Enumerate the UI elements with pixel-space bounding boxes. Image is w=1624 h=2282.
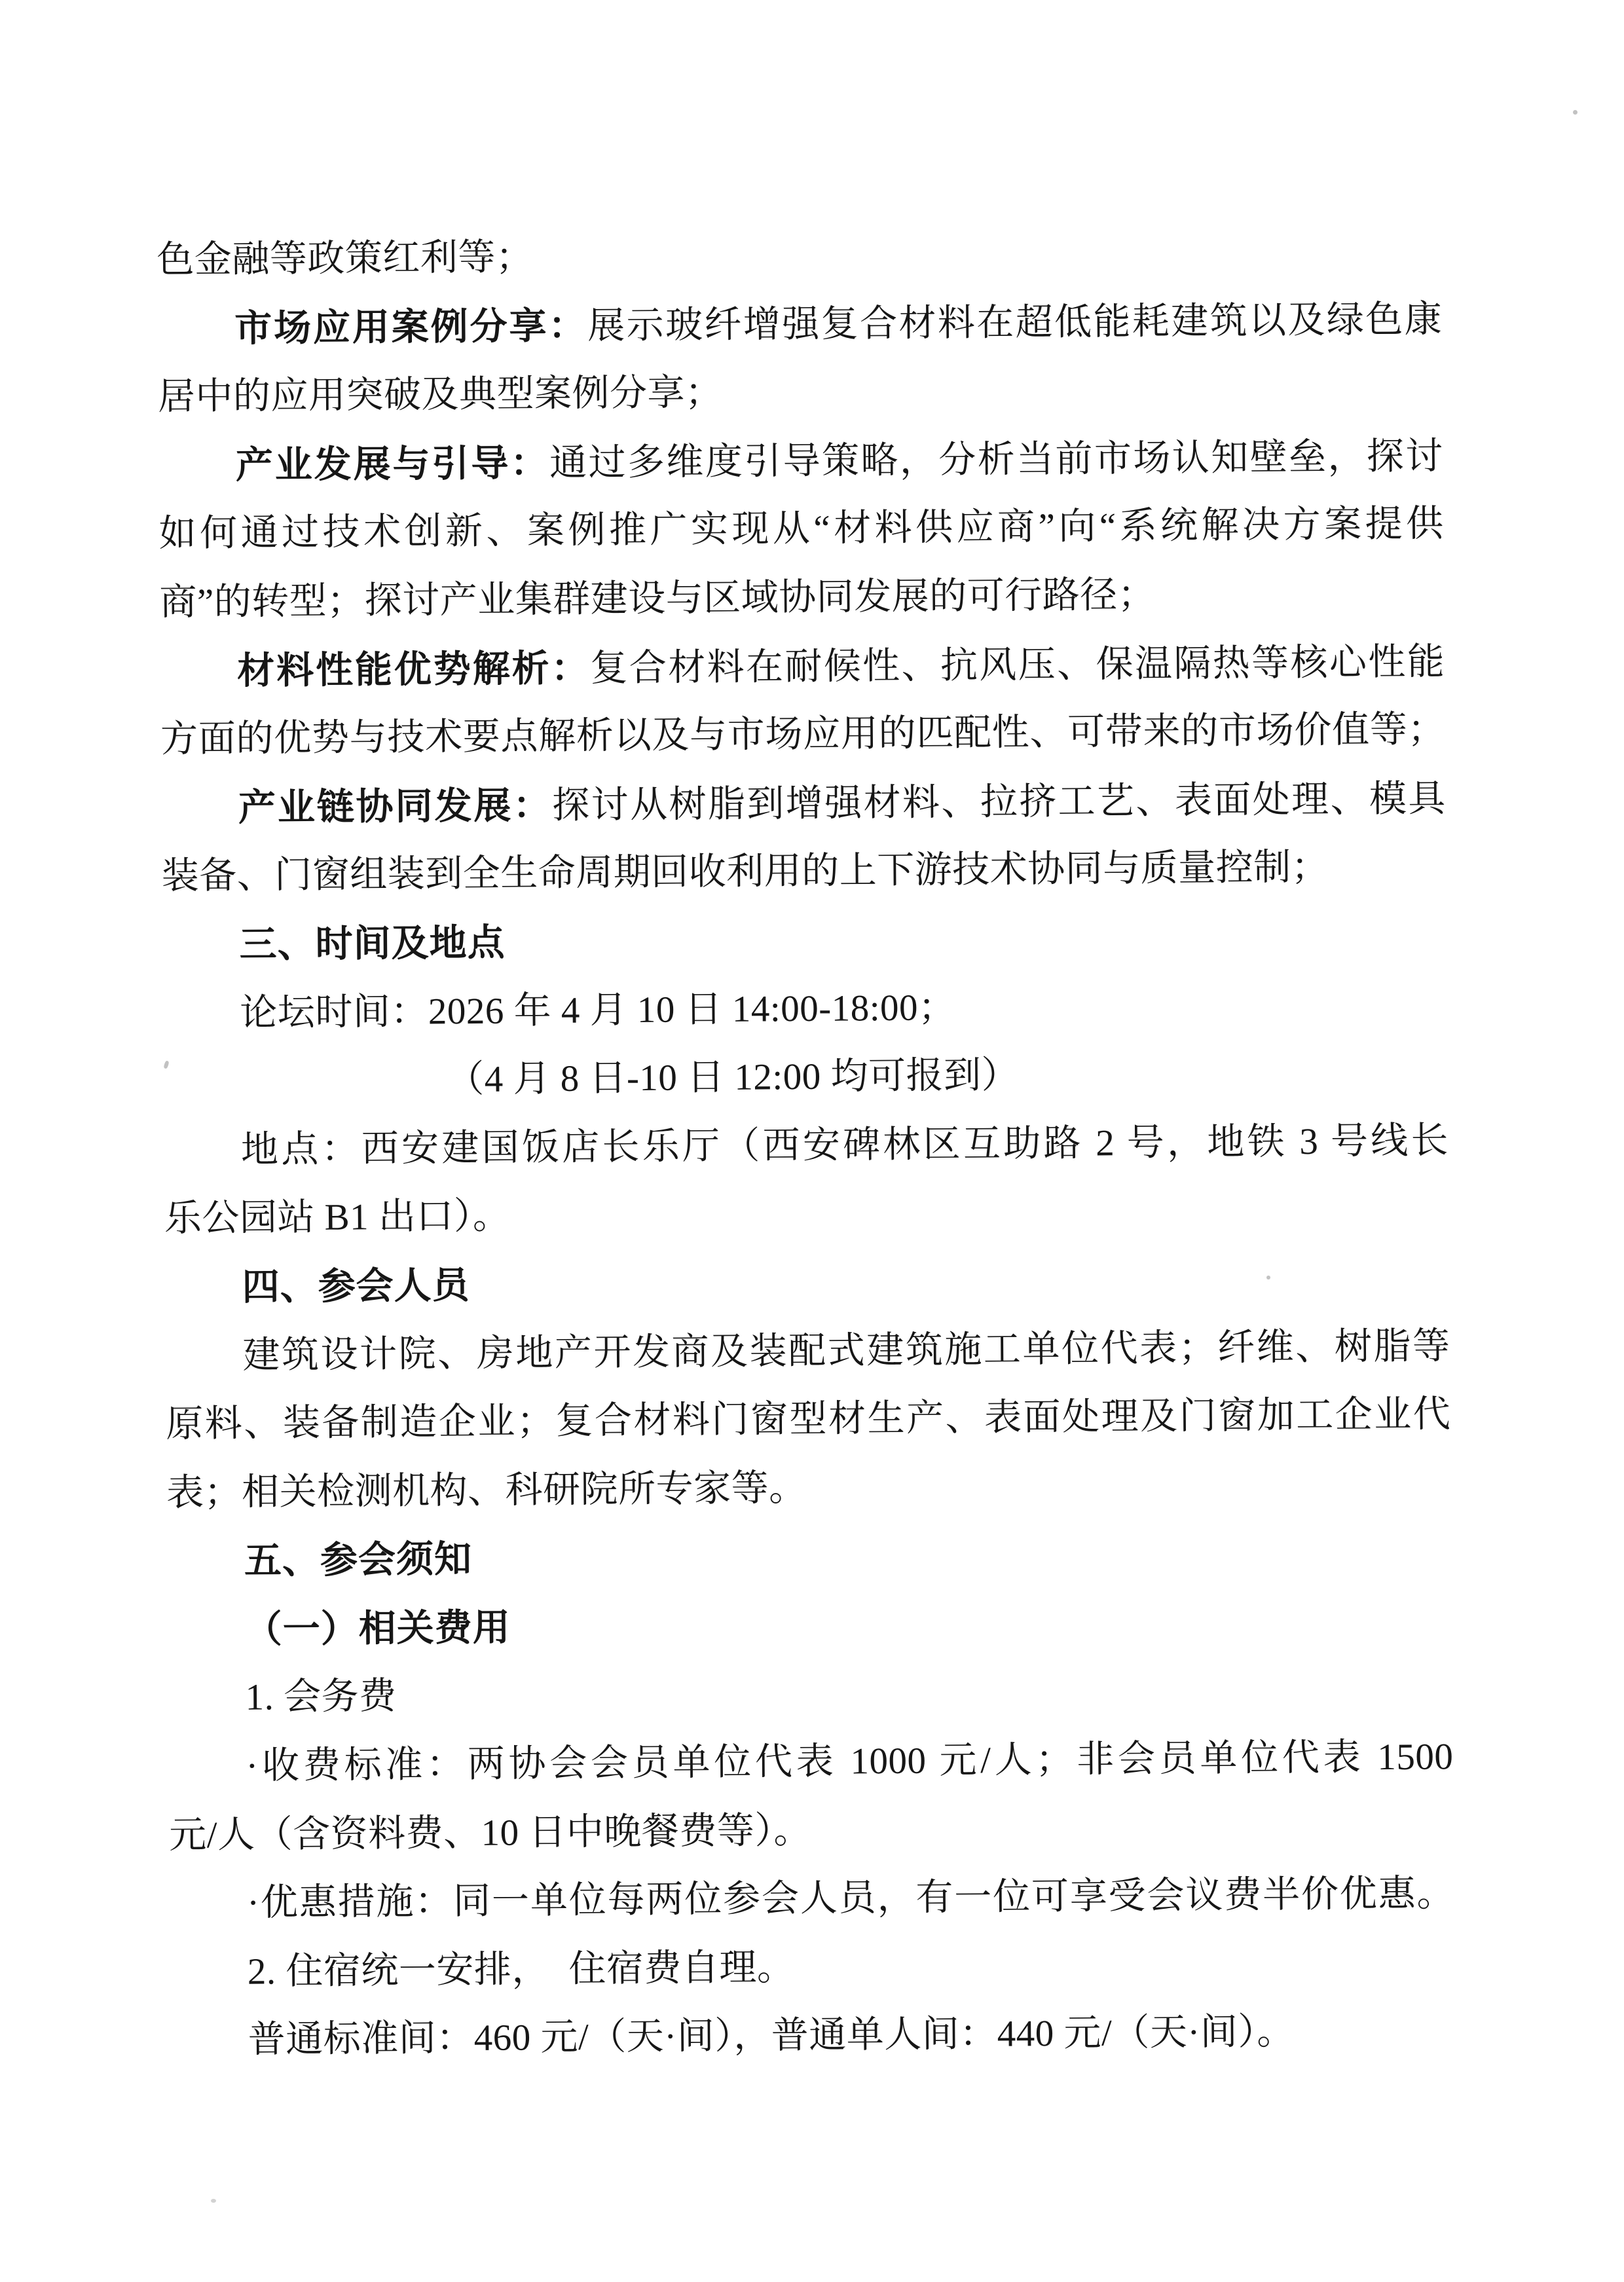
line-text: 地点：西安建国饭店长乐厅（西安碑林区互助路 2 号，地铁 3 号线长 [241,1120,1449,1170]
text-line: 四、参会人员 [164,1243,1450,1322]
scan-speck [1573,110,1578,115]
line-text: ·收费标准：两协会会员单位代表 1000 元/人；非会员单位代表 1500 [246,1736,1453,1786]
bold-heading: （一）相关费用 [245,1606,511,1650]
line-text: 1. 会务费 [245,1676,396,1718]
line-text: 普通标准间：460 元/（天·间），普通单人间：440 元/（天·间）。 [248,2012,1295,2061]
bold-heading: 市场应用案例分享： [234,304,588,349]
text-line: 三、时间及地点 [162,901,1447,980]
line-text: 乐公园站 B1 出口）。 [164,1196,511,1240]
text-line: （4 月 8 日-10 日 12:00 均可报到） [163,1038,1449,1116]
text-line: 原料、装备制造企业；复合材料门窗型材生产、表面处理及门窗加工企业代 [166,1380,1451,1459]
text-line: 商”的转型；探讨产业集群建设与区域协同发展的可行路径； [159,559,1445,637]
line-text: ·优惠措施：同一单位每两位参会人员，有一位可享受会议费半价优惠。 [247,1873,1454,1924]
line-text: 居中的应用突破及典型案例分享； [158,372,723,418]
text-line: 五、参会须知 [167,1518,1452,1596]
bold-heading: 三、时间及地点 [239,922,505,966]
bold-heading: 产业链协同发展： [238,784,553,829]
line-text: 2. 住宿统一安排， 住宿费自理。 [248,1947,795,1993]
line-text: 元/人（含资料费、10 日中晚餐费等）。 [169,1810,811,1856]
text-block: 色金融等政策红利等；市场应用案例分享：展示玻纤增强复合材料在超低能耗建筑以及绿色… [157,216,1456,2075]
text-line: 装备、门窗组装到全生命周期回收利用的上下游技术协同与质量控制； [161,833,1447,911]
text-line: 1. 会务费 [168,1655,1453,1733]
text-line: 产业链协同发展：探讨从树脂到增强材料、拉挤工艺、表面处理、模具 [161,764,1447,843]
line-text: 如何通过技术创新、案例推广实现从“材料供应商”向“系统解决方案提供 [158,504,1443,555]
line-text: 方面的优势与技术要点解析以及与市场应用的匹配性、可带来的市场价值等； [160,709,1445,760]
text-line: 乐公园站 B1 出口）。 [164,1175,1449,1254]
line-text: 装备、门窗组装到全生命周期回收利用的上下游技术协同与质量控制； [161,847,1329,897]
text-line: 建筑设计院、房地产开发商及装配式建筑施工单位代表；纤维、树脂等 [165,1312,1450,1391]
scan-speck [211,2199,216,2203]
text-line: 材料性能优势解析：复合材料在耐候性、抗风压、保温隔热等核心性能 [160,627,1445,706]
line-text: 探讨从树脂到增强材料、拉挤工艺、表面处理、模具 [552,778,1446,826]
line-text: 商”的转型；探讨产业集群建设与区域协同发展的可行路径； [159,574,1155,623]
text-line: （一）相关费用 [167,1586,1452,1665]
line-text: 通过多维度引导策略，分析当前市场认知壁垒，探讨 [549,435,1443,484]
text-line: 方面的优势与技术要点解析以及与市场应用的匹配性、可带来的市场价值等； [160,695,1446,774]
line-text: 展示玻纤增强复合材料在超低能耗建筑以及绿色康 [587,299,1442,346]
text-line: 色金融等政策红利等； [157,216,1442,295]
text-line: 普通标准间：460 元/（天·间），普通单人间：440 元/（天·间）。 [170,1997,1456,2076]
line-text: （4 月 8 日-10 日 12:00 均可报到） [447,1055,1019,1101]
text-line: 产业发展与引导：通过多维度引导策略，分析当前市场认知壁垒，探讨 [158,422,1443,500]
text-line: 论坛时间：2026 年 4 月 10 日 14:00-18:00； [162,970,1448,1048]
line-text: 表；相关检测机构、科研院所专家等。 [166,1467,807,1514]
line-text: 复合材料在耐候性、抗风压、保温隔热等核心性能 [590,641,1445,689]
text-line: 市场应用案例分享：展示玻纤增强复合材料在超低能耗建筑以及绿色康 [157,285,1443,363]
text-line: 2. 住宿统一安排， 住宿费自理。 [170,1928,1455,2007]
text-line: 居中的应用突破及典型案例分享； [158,354,1443,432]
text-line: ·收费标准：两协会会员单位代表 1000 元/人；非会员单位代表 1500 [168,1723,1454,1801]
text-line: 如何通过技术创新、案例推广实现从“材料供应商”向“系统解决方案提供 [158,490,1444,569]
bold-heading: 材料性能优势解析： [237,647,591,691]
text-line: ·优惠措施：同一单位每两位参会人员，有一位可享受会议费半价优惠。 [170,1860,1455,1939]
bold-heading: 四、参会人员 [242,1264,470,1308]
text-line: 表；相关检测机构、科研院所专家等。 [166,1449,1452,1528]
bold-heading: 产业发展与引导： [236,442,550,487]
bold-heading: 五、参会须知 [244,1538,472,1582]
line-text: 原料、装备制造企业；复合材料门窗型材生产、表面处理及门窗加工企业代 [166,1393,1450,1445]
document-page: 色金融等政策红利等；市场应用案例分享：展示玻纤增强复合材料在超低能耗建筑以及绿色… [0,0,1624,2282]
line-text: 色金融等政策红利等； [157,236,533,281]
line-text: 论坛时间：2026 年 4 月 10 日 14:00-18:00； [240,987,956,1034]
scan-speck [1266,1276,1270,1279]
line-text: 建筑设计院、房地产开发商及装配式建筑施工单位代表；纤维、树脂等 [242,1325,1450,1376]
text-line: 地点：西安建国饭店长乐厅（西安碑林区互助路 2 号，地铁 3 号线长 [164,1107,1449,1185]
text-line: 元/人（含资料费、10 日中晚餐费等）。 [169,1792,1454,1870]
